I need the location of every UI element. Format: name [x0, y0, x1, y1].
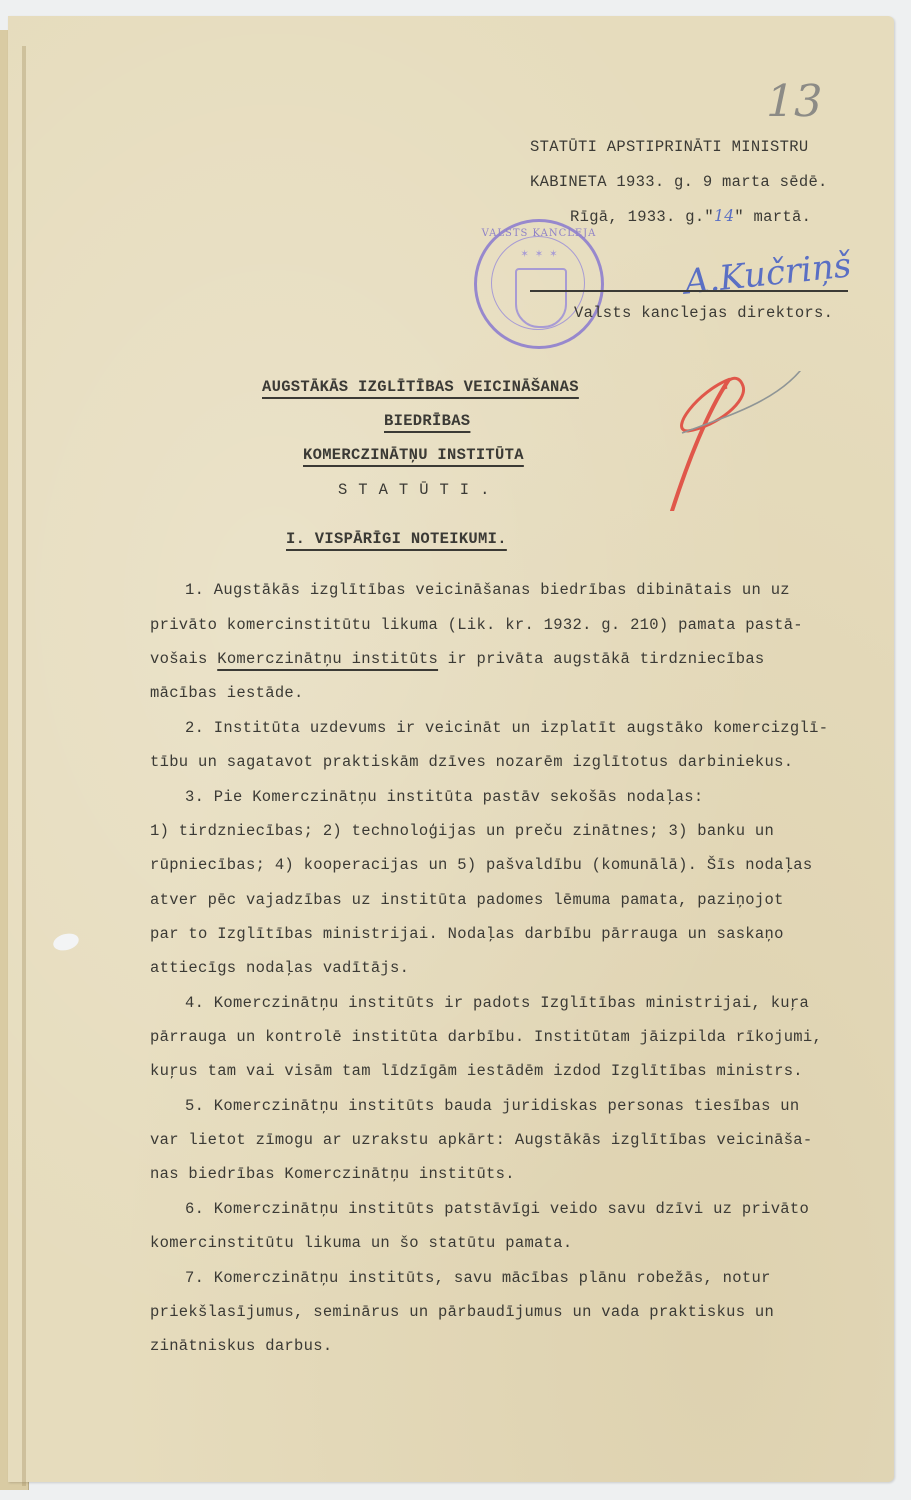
red-pencil-mark-icon: [668, 371, 818, 511]
body-line: tību un sagatavot praktiskām dzīves noza…: [150, 753, 793, 771]
body-line: 4. Komerczinātņu institūts ir padots Izg…: [185, 994, 809, 1012]
section-heading: I. VISPĀRĪGI NOTEIKUMI.: [286, 530, 507, 548]
body-line: 7. Komerczinātņu institūts, savu mācības…: [185, 1269, 771, 1287]
body-text: vošais: [150, 650, 208, 668]
body-line: zinātniskus darbus.: [150, 1337, 332, 1355]
body-line: mācības iestāde.: [150, 684, 304, 702]
official-stamp: VALSTS KANCLEJA ✶ ✶ ✶: [474, 219, 604, 349]
director-signature: A.Kučriņš: [682, 245, 853, 302]
paper-hole: [51, 931, 80, 953]
body-line: kuŗus tam vai visām tam līdzīgām iestādē…: [150, 1062, 803, 1080]
body-line: 3. Pie Komerczinātņu institūta pastāv se…: [185, 788, 703, 806]
handwritten-day: 14: [714, 207, 734, 225]
approval-line-2: KABINETA 1933. g. 9 marta sēdē.: [530, 173, 828, 191]
title-line-2: BIEDRĪBAS: [384, 412, 470, 430]
body-line: komercinstitūtu likuma un šo statūtu pam…: [150, 1234, 572, 1252]
body-line: atver pēc vajadzības uz institūta padome…: [150, 891, 784, 909]
body-line: 2. Institūta uzdevums ir veicināt un izp…: [185, 719, 828, 737]
body-line: nas biedrības Komerczinātņu institūts.: [150, 1165, 515, 1183]
body-line: 1) tirdzniecības; 2) technoloģijas un pr…: [150, 822, 774, 840]
stamp-stars-icon: ✶ ✶ ✶: [505, 246, 573, 261]
body-text: ir privāta augstākā tirdzniecības: [448, 650, 765, 668]
archive-mark: 13: [761, 76, 828, 127]
signatory-title: Valsts kanclejas direktors.: [574, 304, 833, 322]
body-line: 5. Komerczinātņu institūts bauda juridis…: [185, 1097, 800, 1115]
coat-of-arms-icon: [515, 268, 567, 328]
title-line-4: STATŪTI.: [338, 481, 500, 499]
stamp-text: VALSTS KANCLEJA: [477, 228, 601, 239]
approval-month: " martā.: [734, 208, 811, 226]
approval-line-1: STATŪTI APSTIPRINĀTI MINISTRU: [530, 138, 808, 156]
body-line: attiecīgs nodaļas vadītājs.: [150, 959, 409, 977]
approval-line-3: Rīgā, 1933. g."14" martā.: [570, 207, 811, 226]
body-line: vošais Komerczinātņu institūts ir privāt…: [150, 650, 765, 668]
body-line: par to Izglītības ministrijai. Nodaļas d…: [150, 925, 784, 943]
document-page: 13 STATŪTI APSTIPRINĀTI MINISTRU KABINET…: [8, 16, 894, 1482]
signature-line: [530, 290, 848, 292]
body-line: priekšlasījumus, seminārus un pārbaudīju…: [150, 1303, 774, 1321]
title-line-3: KOMERCZINĀTŅU INSTITŪTA: [303, 446, 524, 464]
approval-place-date: Rīgā, 1933. g.": [570, 208, 714, 226]
underlined-institute-name: Komerczinātņu institūts: [217, 650, 438, 668]
title-line-1: AUGSTĀKĀS IZGLĪTĪBAS VEICINĀŠANAS: [262, 378, 579, 396]
body-line: pārrauga un kontrolē institūta darbību. …: [150, 1028, 822, 1046]
body-line: var lietot zīmogu ar uzrakstu apkārt: Au…: [150, 1131, 813, 1149]
body-line: rūpniecības; 4) kooperacijas un 5) pašva…: [150, 856, 813, 874]
body-line: 6. Komerczinātņu institūts patstāvīgi ve…: [185, 1200, 809, 1218]
body-line: 1. Augstākās izglītības veicināšanas bie…: [185, 581, 790, 599]
page-fold: [22, 46, 26, 1486]
body-line: privāto komercinstitūtu likuma (Lik. kr.…: [150, 616, 803, 634]
